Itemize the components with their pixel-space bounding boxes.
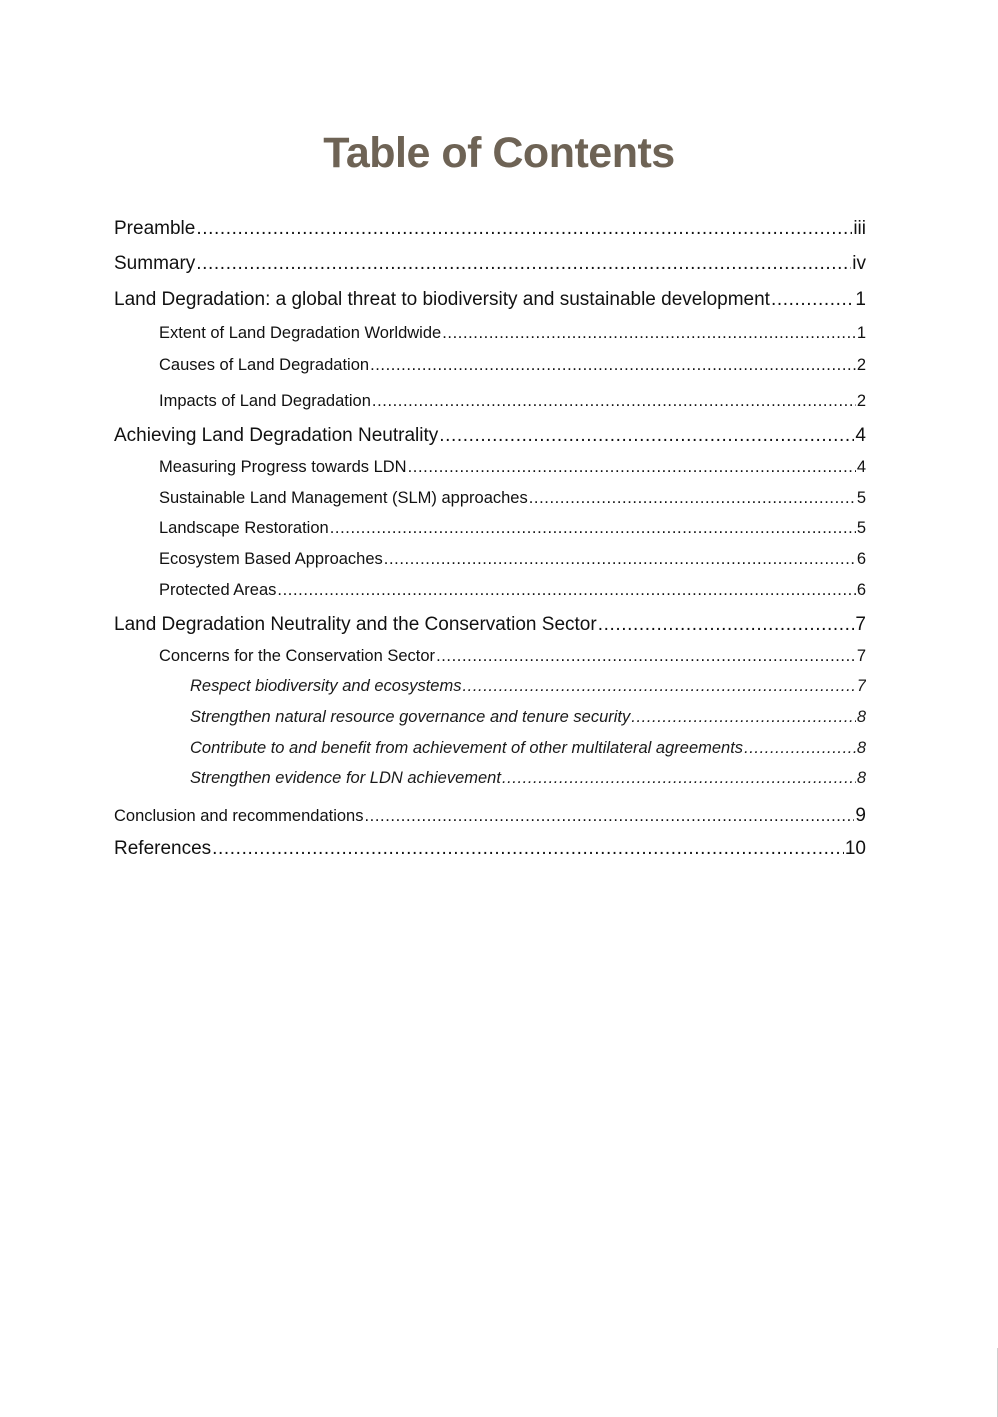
toc-entry-conclusion[interactable]: Conclusion and recommendations9 — [114, 805, 866, 827]
toc-entry-page: 6 — [857, 581, 866, 600]
toc-entry-contribute-multilateral[interactable]: Contribute to and benefit from achieveme… — [190, 739, 866, 758]
toc-entry-label: Respect biodiversity and ecosystems — [190, 677, 461, 696]
dot-leader — [462, 677, 855, 696]
toc-entry-page: 8 — [857, 739, 866, 758]
toc-entry-label: Extent of Land Degradation Worldwide — [159, 324, 441, 343]
toc-entry-page: iii — [853, 218, 866, 240]
toc-entry-extent[interactable]: Extent of Land Degradation Worldwide1 — [159, 324, 866, 343]
toc-entry-causes[interactable]: Causes of Land Degradation2 — [159, 356, 866, 375]
toc-entry-label: Achieving Land Degradation Neutrality — [114, 425, 438, 447]
toc-entry-label: Summary — [114, 253, 195, 275]
toc-entry-label: Conclusion and recommendations — [114, 807, 363, 826]
toc-entry-page: 9 — [855, 805, 866, 827]
toc-entry-protected-areas[interactable]: Protected Areas6 — [159, 581, 866, 600]
toc-entry-page: 2 — [857, 392, 866, 411]
toc-entry-achieving-ldn[interactable]: Achieving Land Degradation Neutrality4 — [114, 425, 866, 447]
toc-entry-concerns[interactable]: Concerns for the Conservation Sector7 — [159, 647, 866, 666]
toc-entry-page: 2 — [857, 356, 866, 375]
toc-entry-label: Land Degradation: a global threat to bio… — [114, 289, 770, 311]
toc-entry-page: 5 — [857, 489, 866, 508]
dot-leader — [439, 425, 854, 447]
toc-entry-label: Land Degradation Neutrality and the Cons… — [114, 614, 597, 636]
toc-entry-page: 6 — [857, 550, 866, 569]
toc-entry-page: 1 — [857, 324, 866, 343]
dot-leader — [631, 708, 856, 727]
toc-entry-impacts[interactable]: Impacts of Land Degradation2 — [159, 392, 866, 411]
toc-entry-strengthen-governance[interactable]: Strengthen natural resource governance a… — [190, 708, 866, 727]
toc-entry-ldn-conservation-sector[interactable]: Land Degradation Neutrality and the Cons… — [114, 614, 866, 636]
toc-entry-page: 8 — [857, 708, 866, 727]
toc-entry-label: Preamble — [114, 218, 195, 240]
toc-entry-label: Landscape Restoration — [159, 519, 329, 538]
toc-entry-preamble[interactable]: Preambleiii — [114, 218, 866, 240]
dot-leader — [408, 458, 856, 477]
toc-entry-summary[interactable]: Summaryiv — [114, 253, 866, 275]
dot-leader — [330, 519, 856, 538]
dot-leader — [212, 838, 844, 860]
toc-entry-label: References — [114, 838, 211, 860]
dot-leader — [502, 769, 856, 788]
toc-entry-page: 4 — [855, 425, 866, 447]
toc-entry-page: iv — [852, 253, 866, 275]
toc-entry-label: Impacts of Land Degradation — [159, 392, 371, 411]
toc-entry-label: Strengthen natural resource governance a… — [190, 708, 630, 727]
dot-leader — [277, 581, 855, 600]
toc-entry-slm-approaches[interactable]: Sustainable Land Management (SLM) approa… — [159, 489, 866, 508]
toc-entry-label: Sustainable Land Management (SLM) approa… — [159, 489, 528, 508]
toc-entry-label: Measuring Progress towards LDN — [159, 458, 407, 477]
toc-entry-page: 7 — [855, 614, 866, 636]
dot-leader — [598, 614, 855, 636]
toc-entry-label: Contribute to and benefit from achieveme… — [190, 739, 743, 758]
dot-leader — [771, 289, 854, 311]
page-title: Table of Contents — [0, 129, 998, 178]
toc-entry-label: Ecosystem Based Approaches — [159, 550, 383, 569]
toc-entry-page: 7 — [857, 677, 866, 696]
toc-entry-measuring-progress[interactable]: Measuring Progress towards LDN4 — [159, 458, 866, 477]
dot-leader — [744, 739, 856, 758]
toc-entry-page: 10 — [845, 838, 866, 860]
dot-leader — [364, 807, 854, 826]
toc-entry-page: 1 — [855, 289, 866, 311]
toc-entry-page: 8 — [857, 769, 866, 788]
dot-leader — [384, 550, 856, 569]
toc-entry-label: Causes of Land Degradation — [159, 356, 369, 375]
dot-leader — [442, 324, 856, 343]
toc-entry-respect-biodiversity[interactable]: Respect biodiversity and ecosystems7 — [190, 677, 866, 696]
toc-entry-label: Protected Areas — [159, 581, 276, 600]
toc-entry-page: 4 — [857, 458, 866, 477]
toc-entry-page: 5 — [857, 519, 866, 538]
dot-leader — [529, 489, 856, 508]
dot-leader — [370, 356, 856, 375]
toc-entry-landscape-restoration[interactable]: Landscape Restoration5 — [159, 519, 866, 538]
dot-leader — [436, 647, 856, 666]
dot-leader — [196, 253, 851, 275]
toc-entry-page: 7 — [857, 647, 866, 666]
toc-entry-strengthen-evidence[interactable]: Strengthen evidence for LDN achievement8 — [190, 769, 866, 788]
toc-entry-label: Concerns for the Conservation Sector — [159, 647, 435, 666]
toc-entry-ecosystem-based[interactable]: Ecosystem Based Approaches6 — [159, 550, 866, 569]
toc-entry-land-degradation-global-threat[interactable]: Land Degradation: a global threat to bio… — [114, 289, 866, 311]
toc-entry-references[interactable]: References10 — [114, 838, 866, 860]
toc-entry-label: Strengthen evidence for LDN achievement — [190, 769, 501, 788]
dot-leader — [372, 392, 856, 411]
dot-leader — [196, 218, 852, 240]
